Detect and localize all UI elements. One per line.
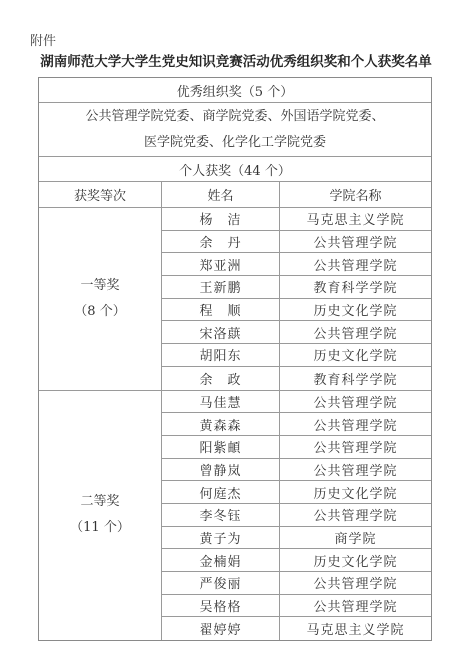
table-row: 何庭杰历史文化学院 <box>162 481 431 504</box>
winner-name: 严俊丽 <box>162 572 280 594</box>
award-table: 优秀组织奖（5 个） 公共管理学院党委、商学院党委、外国语学院党委、 医学院党委… <box>38 77 432 641</box>
org-award-line-1: 公共管理学院党委、商学院党委、外国语学院党委、 <box>85 104 384 130</box>
org-award-header: 优秀组织奖（5 个） <box>39 78 431 102</box>
attachment-label: 附件 <box>30 30 56 49</box>
award-level-cell: 一等奖（8 个） <box>39 208 162 390</box>
winner-name: 何庭杰 <box>162 481 280 503</box>
winner-name: 杨 洁 <box>162 208 280 230</box>
winner-college: 历史文化学院 <box>280 481 431 503</box>
winner-name: 余 丹 <box>162 231 280 253</box>
table-row: 程 顺历史文化学院 <box>162 299 431 322</box>
table-row: 杨 洁马克思主义学院 <box>162 208 431 231</box>
winner-name: 宋洛蕻 <box>162 321 280 343</box>
org-award-list: 公共管理学院党委、商学院党委、外国语学院党委、 医学院党委、化学化工学院党委 <box>39 103 431 156</box>
winner-name: 黄子为 <box>162 527 280 549</box>
winner-college: 公共管理学院 <box>280 436 431 458</box>
award-level: 二等奖 <box>80 489 119 515</box>
table-row: 严俊丽公共管理学院 <box>162 572 431 595</box>
table-row: 黄森森公共管理学院 <box>162 413 431 436</box>
org-award-header-row: 优秀组织奖（5 个） <box>39 78 431 103</box>
table-row: 余 丹公共管理学院 <box>162 231 431 254</box>
table-row: 李冬钰公共管理学院 <box>162 504 431 527</box>
column-header-level: 获奖等次 <box>39 182 162 207</box>
winner-college: 公共管理学院 <box>280 321 431 343</box>
winner-name: 曾静岚 <box>162 459 280 481</box>
column-header-row: 获奖等次 姓名 学院名称 <box>39 182 431 208</box>
winner-name: 阳紫頔 <box>162 436 280 458</box>
table-row: 曾静岚公共管理学院 <box>162 459 431 482</box>
winner-name: 吴格格 <box>162 595 280 617</box>
winner-college: 公共管理学院 <box>280 459 431 481</box>
winner-name: 胡阳东 <box>162 344 280 366</box>
winner-college: 马克思主义学院 <box>280 208 431 230</box>
table-row: 宋洛蕻公共管理学院 <box>162 321 431 344</box>
column-header-college: 学院名称 <box>280 182 431 207</box>
award-level: 一等奖 <box>80 273 119 299</box>
document-title: 湖南师范大学大学生党史知识竞赛活动优秀组织奖和个人获奖名单 <box>0 50 472 70</box>
column-header-name: 姓名 <box>162 182 280 207</box>
table-row: 胡阳东历史文化学院 <box>162 344 431 367</box>
winner-name: 郑亚洲 <box>162 253 280 275</box>
winner-college: 马克思主义学院 <box>280 617 431 640</box>
table-row: 余 政教育科学学院 <box>162 367 431 390</box>
individual-award-header: 个人获奖（44 个） <box>39 157 431 181</box>
winner-college: 教育科学学院 <box>280 367 431 390</box>
award-count: （11 个） <box>70 515 130 541</box>
award-groups: 一等奖（8 个）杨 洁马克思主义学院余 丹公共管理学院郑亚洲公共管理学院王新鹏教… <box>39 208 431 640</box>
award-count: （8 个） <box>74 299 125 325</box>
winner-college: 历史文化学院 <box>280 344 431 366</box>
winner-college: 公共管理学院 <box>280 391 431 413</box>
table-row: 吴格格公共管理学院 <box>162 595 431 618</box>
winner-college: 商学院 <box>280 527 431 549</box>
award-group-rows: 杨 洁马克思主义学院余 丹公共管理学院郑亚洲公共管理学院王新鹏教育科学学院程 顺… <box>162 208 431 390</box>
award-group-rows: 马佳慧公共管理学院黄森森公共管理学院阳紫頔公共管理学院曾静岚公共管理学院何庭杰历… <box>162 391 431 641</box>
winner-name: 马佳慧 <box>162 391 280 413</box>
winner-college: 公共管理学院 <box>280 504 431 526</box>
award-level-cell: 二等奖（11 个） <box>39 391 162 641</box>
table-row: 黄子为商学院 <box>162 527 431 550</box>
winner-name: 黄森森 <box>162 413 280 435</box>
table-row: 郑亚洲公共管理学院 <box>162 253 431 276</box>
winner-college: 公共管理学院 <box>280 572 431 594</box>
winner-name: 余 政 <box>162 367 280 390</box>
winner-college: 公共管理学院 <box>280 231 431 253</box>
winner-name: 李冬钰 <box>162 504 280 526</box>
winner-name: 程 顺 <box>162 299 280 321</box>
award-group: 二等奖（11 个）马佳慧公共管理学院黄森森公共管理学院阳紫頔公共管理学院曾静岚公… <box>39 391 431 641</box>
table-row: 王新鹏教育科学学院 <box>162 276 431 299</box>
table-row: 翟婷婷马克思主义学院 <box>162 617 431 640</box>
org-award-line-2: 医学院党委、化学化工学院党委 <box>144 130 326 156</box>
table-row: 马佳慧公共管理学院 <box>162 391 431 414</box>
winner-college: 历史文化学院 <box>280 549 431 571</box>
org-award-body-row: 公共管理学院党委、商学院党委、外国语学院党委、 医学院党委、化学化工学院党委 <box>39 103 431 157</box>
table-row: 金楠娟历史文化学院 <box>162 549 431 572</box>
winner-college: 教育科学学院 <box>280 276 431 298</box>
winner-name: 翟婷婷 <box>162 617 280 640</box>
award-group: 一等奖（8 个）杨 洁马克思主义学院余 丹公共管理学院郑亚洲公共管理学院王新鹏教… <box>39 208 431 391</box>
winner-college: 公共管理学院 <box>280 253 431 275</box>
winner-college: 历史文化学院 <box>280 299 431 321</box>
individual-award-header-row: 个人获奖（44 个） <box>39 157 431 182</box>
winner-college: 公共管理学院 <box>280 595 431 617</box>
table-row: 阳紫頔公共管理学院 <box>162 436 431 459</box>
winner-college: 公共管理学院 <box>280 413 431 435</box>
winner-name: 金楠娟 <box>162 549 280 571</box>
winner-name: 王新鹏 <box>162 276 280 298</box>
